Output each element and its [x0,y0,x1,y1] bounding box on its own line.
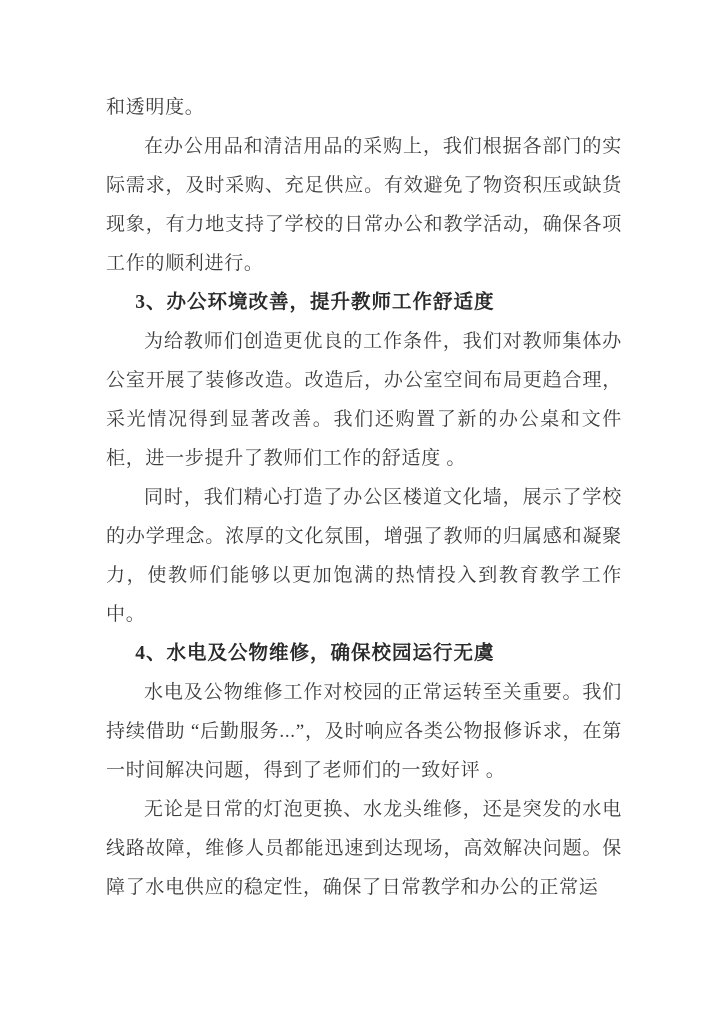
paragraph-repair-service: 水电及公物维修工作对校园的正常运转至关重要。我们持续借助 “后勤服务...”，及… [106,673,622,790]
section-heading-3: 3、办公环境改善，提升教师工作舒适度 [106,283,622,322]
section-heading-4: 4、水电及公物维修，确保校园运行无虞 [106,634,622,673]
paragraph-office-renovation: 为给教师们创造更优良的工作条件，我们对教师集体办公室开展了装修改造。改造后，办公… [106,322,622,478]
paragraph-repair-response: 无论是日常的灯泡更换、水龙头维修，还是突发的水电线路故障，维修人员都能迅速到达现… [106,790,622,907]
continuation-paragraph: 和透明度。 [106,88,622,127]
paragraph-culture-wall: 同时，我们精心打造了办公区楼道文化墙，展示了学校的办学理念。浓厚的文化氛围，增强… [106,478,622,634]
paragraph-procurement: 在办公用品和清洁用品的采购上，我们根据各部门的实际需求，及时采购、充足供应。有效… [106,127,622,283]
document-page: 和透明度。 在办公用品和清洁用品的采购上，我们根据各部门的实际需求，及时采购、充… [0,0,724,1024]
